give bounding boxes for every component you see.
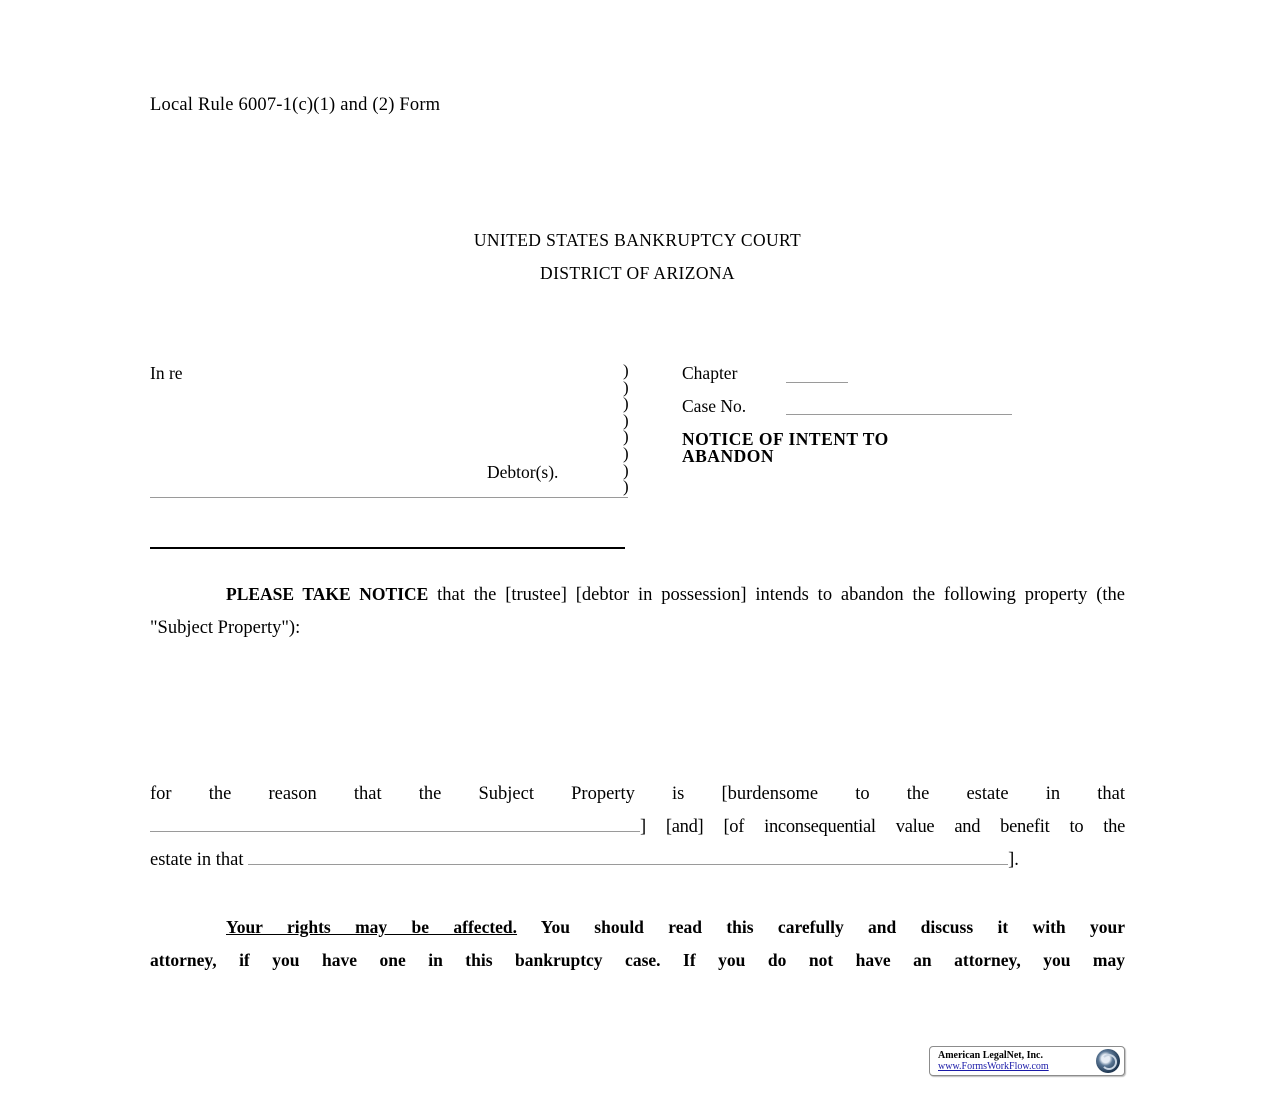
reason-line-2-text: ] [and] [of inconsequential value and be…: [640, 811, 1125, 844]
reason-blank-1[interactable]: [150, 813, 640, 832]
chapter-field[interactable]: [786, 366, 848, 383]
case-no-label: Case No.: [682, 396, 746, 417]
rights-text-1: You should read this carefully and discu…: [517, 917, 1125, 937]
american-legalnet-logo[interactable]: American LegalNet, Inc. www.FormsWorkFlo…: [929, 1046, 1125, 1076]
reason-line-2: ] [and] [of inconsequential value and be…: [150, 811, 1125, 844]
notice-paragraph: PLEASE TAKE NOTICE that the [trustee] [d…: [150, 578, 1125, 645]
rights-warning: Your rights may be affected.: [226, 917, 517, 937]
local-rule-label: Local Rule 6007-1(c)(1) and (2) Form: [150, 95, 440, 116]
caption-bottom-line: [150, 497, 628, 498]
court-district: DISTRICT OF ARIZONA: [0, 263, 1275, 284]
logo-company-name: American LegalNet, Inc.: [938, 1050, 1043, 1061]
rights-line-1: Your rights may be affected. You should …: [150, 911, 1125, 945]
notice-lead: PLEASE TAKE NOTICE: [226, 584, 428, 604]
globe-icon: [1096, 1049, 1120, 1073]
rights-text-2: attorney, if you have one in this bankru…: [150, 950, 1125, 970]
reason-blank-2[interactable]: [248, 846, 1008, 865]
reason-line-3-prefix: estate in that: [150, 850, 244, 870]
rights-line-2: attorney, if you have one in this bankru…: [150, 944, 1125, 978]
case-no-field[interactable]: [786, 398, 1012, 415]
court-name: UNITED STATES BANKRUPTCY COURT: [0, 230, 1275, 251]
in-re-label: In re: [150, 363, 183, 384]
debtor-label: Debtor(s).: [487, 462, 558, 483]
document-title-line2: ABANDON: [682, 448, 774, 465]
reason-line-3-suffix: ].: [1008, 850, 1019, 870]
logo-url-link[interactable]: www.FormsWorkFlow.com: [938, 1061, 1049, 1072]
subject-property-area[interactable]: [150, 650, 1125, 760]
caption-paren: ): [623, 479, 637, 496]
reason-line-3: estate in that ].: [150, 844, 1125, 877]
chapter-label: Chapter: [682, 363, 737, 384]
signature-rule: [150, 547, 625, 549]
caption-bracket: )))))))): [623, 363, 637, 496]
reason-line-1: for the reason that the Subject Property…: [150, 778, 1125, 811]
